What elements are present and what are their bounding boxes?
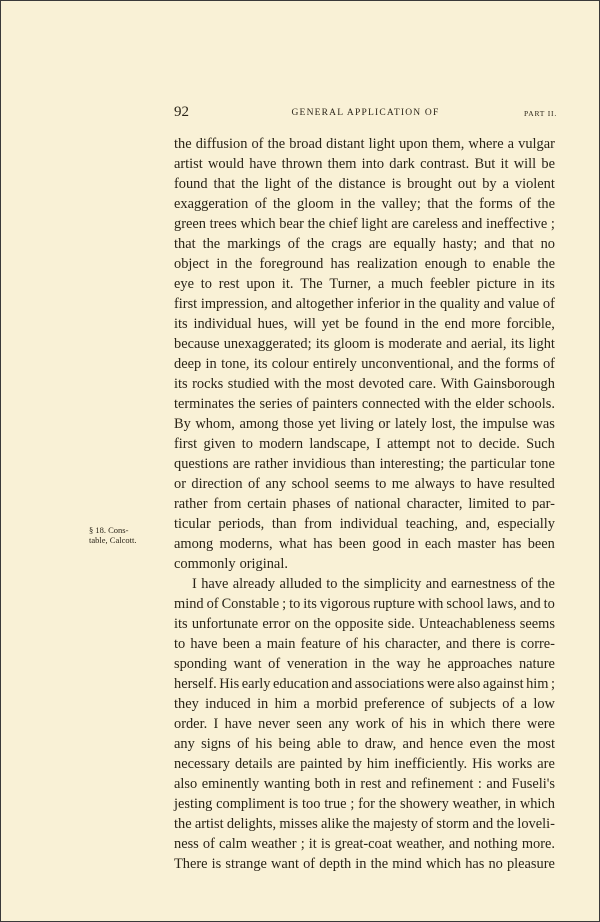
- text-line: itsunfortunateerrorontheoppositeside.Unt…: [174, 614, 555, 634]
- part-label: PART II.: [524, 109, 557, 118]
- text-line: exaggerationofthegloominthevalley;thatth…: [174, 194, 555, 214]
- text-line: itsrocksstudiedwiththemostdevotedcare.Wi…: [174, 374, 555, 394]
- book-page: 92 GENERAL APPLICATION OF PART II. § 18.…: [0, 0, 600, 922]
- text-line: mindofConstable;toitsvigorousrupturewith…: [174, 594, 555, 614]
- text-line: terminatestheseriesofpaintersconnectedwi…: [174, 394, 555, 414]
- text-line: deepintone,itscolourentirelyunconvention…: [174, 354, 555, 374]
- text-line: tohavebeenamainfeatureofhischaracter,and…: [174, 634, 555, 654]
- text-line: ordirectionofanyschoolseemstomealwaystoh…: [174, 474, 555, 494]
- text-line: questionsareratherinvidiousthaninteresti…: [174, 454, 555, 474]
- text-line: theyinducedinhimamorbidpreferenceofsubje…: [174, 694, 555, 714]
- text-line: thatthemarkingsofthecragsareequallyhasty…: [174, 234, 555, 254]
- margin-note: § 18. Cons- table, Calcott.: [89, 525, 169, 545]
- text-line: order.Ihaveneverseenanyworkofhisinwhicht…: [174, 714, 555, 734]
- margin-note-line: § 18. Cons-: [89, 525, 169, 535]
- text-line: Ihavealreadyalludedtothesimplicityandear…: [174, 574, 555, 594]
- text-line: firstgiventomodernlandscape,Iattemptnott…: [174, 434, 555, 454]
- margin-note-line: table, Calcott.: [89, 535, 169, 545]
- running-header: 92 GENERAL APPLICATION OF PART II.: [174, 104, 557, 124]
- text-line: eyetorestuponit.TheTurner,amuchfeeblerpi…: [174, 274, 555, 294]
- body-text: thediffusionofthebroaddistantlightuponth…: [174, 134, 555, 874]
- text-line: theartistdelights,missesalikethemajestyo…: [174, 814, 555, 834]
- text-line: foundthatthelightofthedistanceisbroughto…: [174, 174, 555, 194]
- text-line: ticularperiods,thanfromindividualteachin…: [174, 514, 555, 534]
- text-line: objectintheforegroundhasrealizationenoug…: [174, 254, 555, 274]
- text-line: jestingcomplimentistootrue;fortheshowery…: [174, 794, 555, 814]
- text-line: nessofcalmweather;itisgreat-coatweather,…: [174, 834, 555, 854]
- text-line: thediffusionofthebroaddistantlightuponth…: [174, 134, 555, 154]
- text-line: firstimpression,andaltogetherinferiorint…: [174, 294, 555, 314]
- text-line: anysignsofhisbeingabletodraw,andhenceeve…: [174, 734, 555, 754]
- running-title: GENERAL APPLICATION OF: [174, 108, 557, 118]
- text-line: necessarydetailsarepaintedbyhiminefficie…: [174, 754, 555, 774]
- text-line: commonlyoriginal.: [174, 554, 555, 574]
- text-line: ratherfromcertainphasesofnationalcharact…: [174, 494, 555, 514]
- text-line: herself.Hisearlyeducationandassociations…: [174, 674, 555, 694]
- text-line: greentreeswhichbearthechieflightarecarel…: [174, 214, 555, 234]
- text-line: alsoeminentlywantingbothinrestandrefinem…: [174, 774, 555, 794]
- text-line: becauseunexaggerated;itsgloomismoderatea…: [174, 334, 555, 354]
- text-line: spondingwantofvenerationinthewayheapproa…: [174, 654, 555, 674]
- text-line: itsindividualhues,willyetbefoundintheend…: [174, 314, 555, 334]
- text-line: artistwouldhavethrownthemintodarkcontras…: [174, 154, 555, 174]
- text-line: amongmoderns,whathasbeengoodineachmaster…: [174, 534, 555, 554]
- text-line: Bywhom,amongthoseyetlivingorlatelylost,t…: [174, 414, 555, 434]
- text-line: Thereisstrangewantofdepthinthemindwhichh…: [174, 854, 555, 874]
